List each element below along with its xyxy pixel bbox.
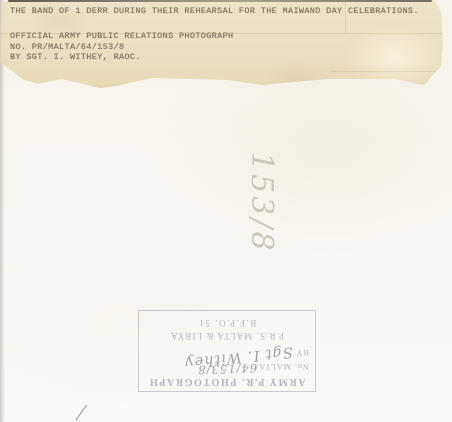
caption-agency-line: OFFICIAL ARMY PUBLIC RELATIONS PHOTOGRAP… bbox=[10, 31, 233, 42]
caption-photographer-line: BY SGT. I. WITHEY, RAOC. bbox=[10, 52, 233, 63]
stamp-title: ARMY P.R. PHOTOGRAPH bbox=[139, 376, 315, 387]
crease-line bbox=[330, 71, 452, 72]
caption-strip: THE BAND OF 1 DERR DURING THEIR REHEARSA… bbox=[0, 0, 452, 90]
stamp-by-label: BY bbox=[296, 348, 309, 358]
army-pr-stamp: ARMY P.R. PHOTOGRAPH No. MALTA/ 64/153/8… bbox=[138, 310, 316, 392]
stamp-unit-line: P.R.S. MALTA & LIBYA bbox=[139, 331, 315, 341]
caption-credit-block: OFFICIAL ARMY PUBLIC RELATIONS PHOTOGRAP… bbox=[10, 31, 233, 63]
stamp-number-label: No. MALTA/ bbox=[255, 362, 309, 372]
caption-reference-line: NO. PR/MALTA/64/153/8 bbox=[10, 42, 233, 53]
photo-reverse-side: THE BAND OF 1 DERR DURING THEIR REHEARSA… bbox=[0, 0, 452, 422]
strip-top-edge bbox=[8, 0, 432, 2]
caption-headline: THE BAND OF 1 DERR DURING THEIR REHEARSA… bbox=[10, 6, 419, 16]
stamp-address-line: B.F.P.O. 51 bbox=[139, 318, 315, 328]
pencil-reference-number: 153/8 bbox=[244, 152, 279, 302]
pencil-corner-mark: / bbox=[76, 400, 86, 422]
